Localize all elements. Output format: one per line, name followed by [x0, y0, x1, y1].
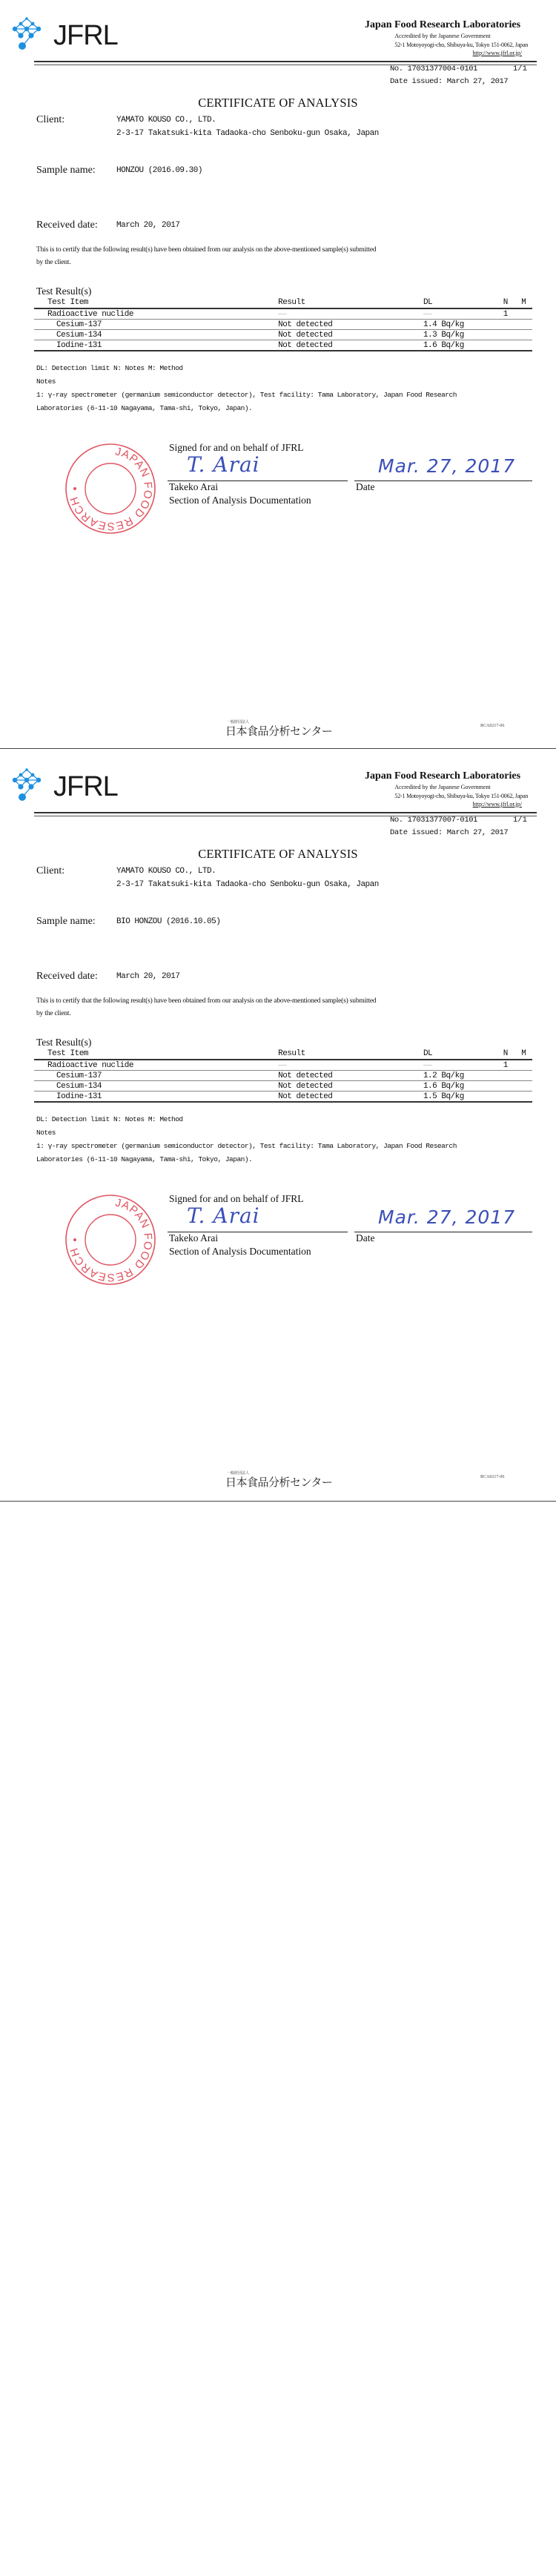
note-1-line-2: Laboratories (6-11-10 Nagayama, Tama-shi…	[36, 1155, 252, 1163]
note-1-line-1: 1: γ-ray spectrometer (germanium semicon…	[36, 391, 457, 399]
cell-dl: 1.4 Bq/kg	[423, 320, 503, 330]
col-test-item: Test Item	[34, 297, 278, 308]
page-indicator: 1/1	[513, 816, 527, 825]
received-date-label: Received date:	[36, 971, 98, 982]
handwritten-date: Mar. 27, 2017	[378, 455, 515, 477]
table-legend: DL: Detection limit N: Notes M: Method	[36, 364, 183, 372]
document-number: No. 17031377004-0101	[390, 65, 477, 73]
results-title: Test Result(s)	[36, 1037, 91, 1048]
seal-icon: JAPAN FOOD RESEARCH LABORATORIES	[64, 442, 157, 535]
certificate-page: JFRL Japan Food Research Laboratories Ac…	[0, 0, 556, 748]
date-line	[354, 1232, 532, 1232]
date-issued: Date issued: March 27, 2017	[390, 77, 508, 86]
col-result: Result	[278, 1048, 423, 1060]
cell-result: Not detected	[278, 330, 423, 340]
jfrl-logo: JFRL	[10, 767, 129, 805]
cell-m	[521, 340, 532, 351]
logo-text: JFRL	[53, 770, 118, 803]
cell-result: Not detected	[278, 1092, 423, 1103]
signer-name: Takeko Arai	[169, 1232, 218, 1244]
table-row: Radioactive nuclide——————1	[34, 308, 532, 320]
org-url-link[interactable]: http://www.jfrl.or.jp/	[335, 50, 522, 56]
org-address: 52-1 Motoyoyogi-cho, Shibuya-ku, Tokyo 1…	[335, 42, 528, 48]
client-name: YAMATO KOUSO CO., LTD.	[116, 867, 216, 876]
cell-result: ———	[278, 1060, 423, 1071]
network-logo-icon	[10, 16, 52, 52]
cell-test-item: Radioactive nuclide	[34, 308, 278, 320]
table-header-row: Test Item Result DL N M	[34, 1048, 532, 1060]
cell-n	[503, 330, 521, 340]
certification-statement: This is to certify that the following re…	[36, 244, 496, 269]
col-dl: DL	[423, 297, 503, 308]
footer-org-name-jp: 日本食品分析センター	[225, 723, 332, 739]
page-divider	[0, 1501, 556, 1502]
col-test-item: Test Item	[34, 1048, 278, 1060]
col-m: M	[521, 297, 532, 308]
document-number: No. 17031377007-0101	[390, 816, 477, 825]
accreditation: Accredited by the Japanese Government	[357, 784, 528, 790]
cell-m	[521, 1092, 532, 1103]
footer-org-name-jp: 日本食品分析センター	[225, 1474, 332, 1490]
footer-form-code: RCA0217-06	[480, 724, 504, 728]
certification-statement: This is to certify that the following re…	[36, 995, 496, 1020]
org-url-link[interactable]: http://www.jfrl.or.jp/	[335, 801, 522, 808]
cell-test-item: Iodine-131	[34, 1092, 278, 1103]
cell-m	[521, 330, 532, 340]
results-table: Test Item Result DL N M Radioactive nucl…	[34, 297, 532, 351]
cell-dl: 1.6 Bq/kg	[423, 340, 503, 351]
notes-title: Notes	[36, 1129, 56, 1137]
col-n: N	[503, 297, 521, 308]
certification-line-2: by the client.	[36, 257, 496, 269]
col-m: M	[521, 1048, 532, 1060]
table-legend: DL: Detection limit N: Notes M: Method	[36, 1115, 183, 1123]
sample-name-label: Sample name:	[36, 916, 96, 928]
handwritten-date: Mar. 27, 2017	[378, 1206, 515, 1228]
official-seal-stamp: JAPAN FOOD RESEARCH LABORATORIES	[64, 1193, 157, 1287]
cell-dl: ———	[423, 308, 503, 320]
notes-title: Notes	[36, 377, 56, 386]
signer-department: Section of Analysis Documentation	[169, 1246, 311, 1258]
cell-m	[521, 1081, 532, 1092]
client-label: Client:	[36, 114, 64, 126]
table-row: Iodine-131Not detected1.5 Bq/kg	[34, 1092, 532, 1103]
cell-n	[503, 340, 521, 351]
client-address: 2-3-17 Takatsuki-kita Tadaoka-cho Senbok…	[116, 129, 379, 138]
received-date: March 20, 2017	[116, 972, 179, 981]
cell-dl: 1.6 Bq/kg	[423, 1081, 503, 1092]
cell-dl: 1.5 Bq/kg	[423, 1092, 503, 1103]
cell-result: ———	[278, 308, 423, 320]
cell-dl: ———	[423, 1060, 503, 1071]
cell-test-item: Cesium-137	[34, 320, 278, 330]
table-row: Radioactive nuclide——————1	[34, 1060, 532, 1071]
cell-test-item: Radioactive nuclide	[34, 1060, 278, 1071]
org-name: Japan Food Research Laboratories	[357, 770, 528, 782]
footer-form-code: RCA0217-06	[480, 1475, 504, 1479]
cell-m	[521, 1060, 532, 1071]
received-date-label: Received date:	[36, 219, 98, 231]
handwritten-signature: T. Arai	[187, 1203, 260, 1228]
client-address: 2-3-17 Takatsuki-kita Tadaoka-cho Senbok…	[116, 880, 379, 889]
page-title: CERTIFICATE OF ANALYSIS	[0, 96, 556, 110]
cell-dl: 1.3 Bq/kg	[423, 330, 503, 340]
date-label: Date	[356, 481, 374, 493]
accreditation: Accredited by the Japanese Government	[357, 33, 528, 39]
table-row: Iodine-131Not detected1.6 Bq/kg	[34, 340, 532, 351]
page-divider	[0, 748, 556, 749]
certification-line-1: This is to certify that the following re…	[36, 244, 496, 257]
handwritten-signature: T. Arai	[187, 452, 260, 477]
cell-test-item: Cesium-134	[34, 330, 278, 340]
cell-m	[521, 308, 532, 320]
table-row: Cesium-134Not detected1.3 Bq/kg	[34, 330, 532, 340]
cell-n	[503, 1071, 521, 1081]
cell-result: Not detected	[278, 340, 423, 351]
cell-n: 1	[503, 308, 521, 320]
official-seal-stamp: JAPAN FOOD RESEARCH LABORATORIES	[64, 442, 157, 535]
cell-m	[521, 1071, 532, 1081]
network-logo-icon	[10, 767, 52, 803]
org-address: 52-1 Motoyoyogi-cho, Shibuya-ku, Tokyo 1…	[335, 793, 528, 799]
client-name: YAMATO KOUSO CO., LTD.	[116, 116, 216, 125]
col-n: N	[503, 1048, 521, 1060]
cell-n	[503, 1092, 521, 1103]
cell-n	[503, 320, 521, 330]
client-label: Client:	[36, 865, 64, 877]
page-indicator: 1/1	[513, 65, 527, 73]
table-row: Cesium-134Not detected1.6 Bq/kg	[34, 1081, 532, 1092]
sample-name: BIO HONZOU (2016.10.05)	[116, 917, 220, 926]
certificate-page: JFRL Japan Food Research Laboratories Ac…	[0, 751, 556, 1499]
cell-dl: 1.2 Bq/kg	[423, 1071, 503, 1081]
organization-header: Japan Food Research Laboratories Accredi…	[335, 19, 528, 56]
results-title: Test Result(s)	[36, 285, 91, 297]
certification-line-1: This is to certify that the following re…	[36, 995, 496, 1008]
sample-name: HONZOU (2016.09.30)	[116, 166, 202, 175]
cell-n: 1	[503, 1060, 521, 1071]
organization-header: Japan Food Research Laboratories Accredi…	[335, 770, 528, 808]
page-title: CERTIFICATE OF ANALYSIS	[0, 847, 556, 862]
cell-test-item: Cesium-137	[34, 1071, 278, 1081]
jfrl-logo: JFRL	[10, 16, 129, 53]
cell-test-item: Cesium-134	[34, 1081, 278, 1092]
cell-result: Not detected	[278, 1081, 423, 1092]
date-issued: Date issued: March 27, 2017	[390, 828, 508, 837]
received-date: March 20, 2017	[116, 221, 179, 230]
table-header-row: Test Item Result DL N M	[34, 297, 532, 308]
certification-line-2: by the client.	[36, 1008, 496, 1020]
sample-name-label: Sample name:	[36, 165, 96, 176]
note-1-line-1: 1: γ-ray spectrometer (germanium semicon…	[36, 1142, 457, 1150]
table-row: Cesium-137Not detected1.4 Bq/kg	[34, 320, 532, 330]
logo-text: JFRL	[53, 19, 118, 52]
col-result: Result	[278, 297, 423, 308]
date-label: Date	[356, 1232, 374, 1244]
cell-m	[521, 320, 532, 330]
signer-name: Takeko Arai	[169, 481, 218, 493]
results-table: Test Item Result DL N M Radioactive nucl…	[34, 1048, 532, 1103]
table-row: Cesium-137Not detected1.2 Bq/kg	[34, 1071, 532, 1081]
signer-department: Section of Analysis Documentation	[169, 495, 311, 506]
seal-icon: JAPAN FOOD RESEARCH LABORATORIES	[64, 1193, 157, 1287]
date-line	[354, 480, 532, 481]
cell-n	[503, 1081, 521, 1092]
org-name: Japan Food Research Laboratories	[357, 19, 528, 31]
cell-result: Not detected	[278, 1071, 423, 1081]
note-1-line-2: Laboratories (6-11-10 Nagayama, Tama-shi…	[36, 404, 252, 412]
cell-result: Not detected	[278, 320, 423, 330]
cell-test-item: Iodine-131	[34, 340, 278, 351]
col-dl: DL	[423, 1048, 503, 1060]
